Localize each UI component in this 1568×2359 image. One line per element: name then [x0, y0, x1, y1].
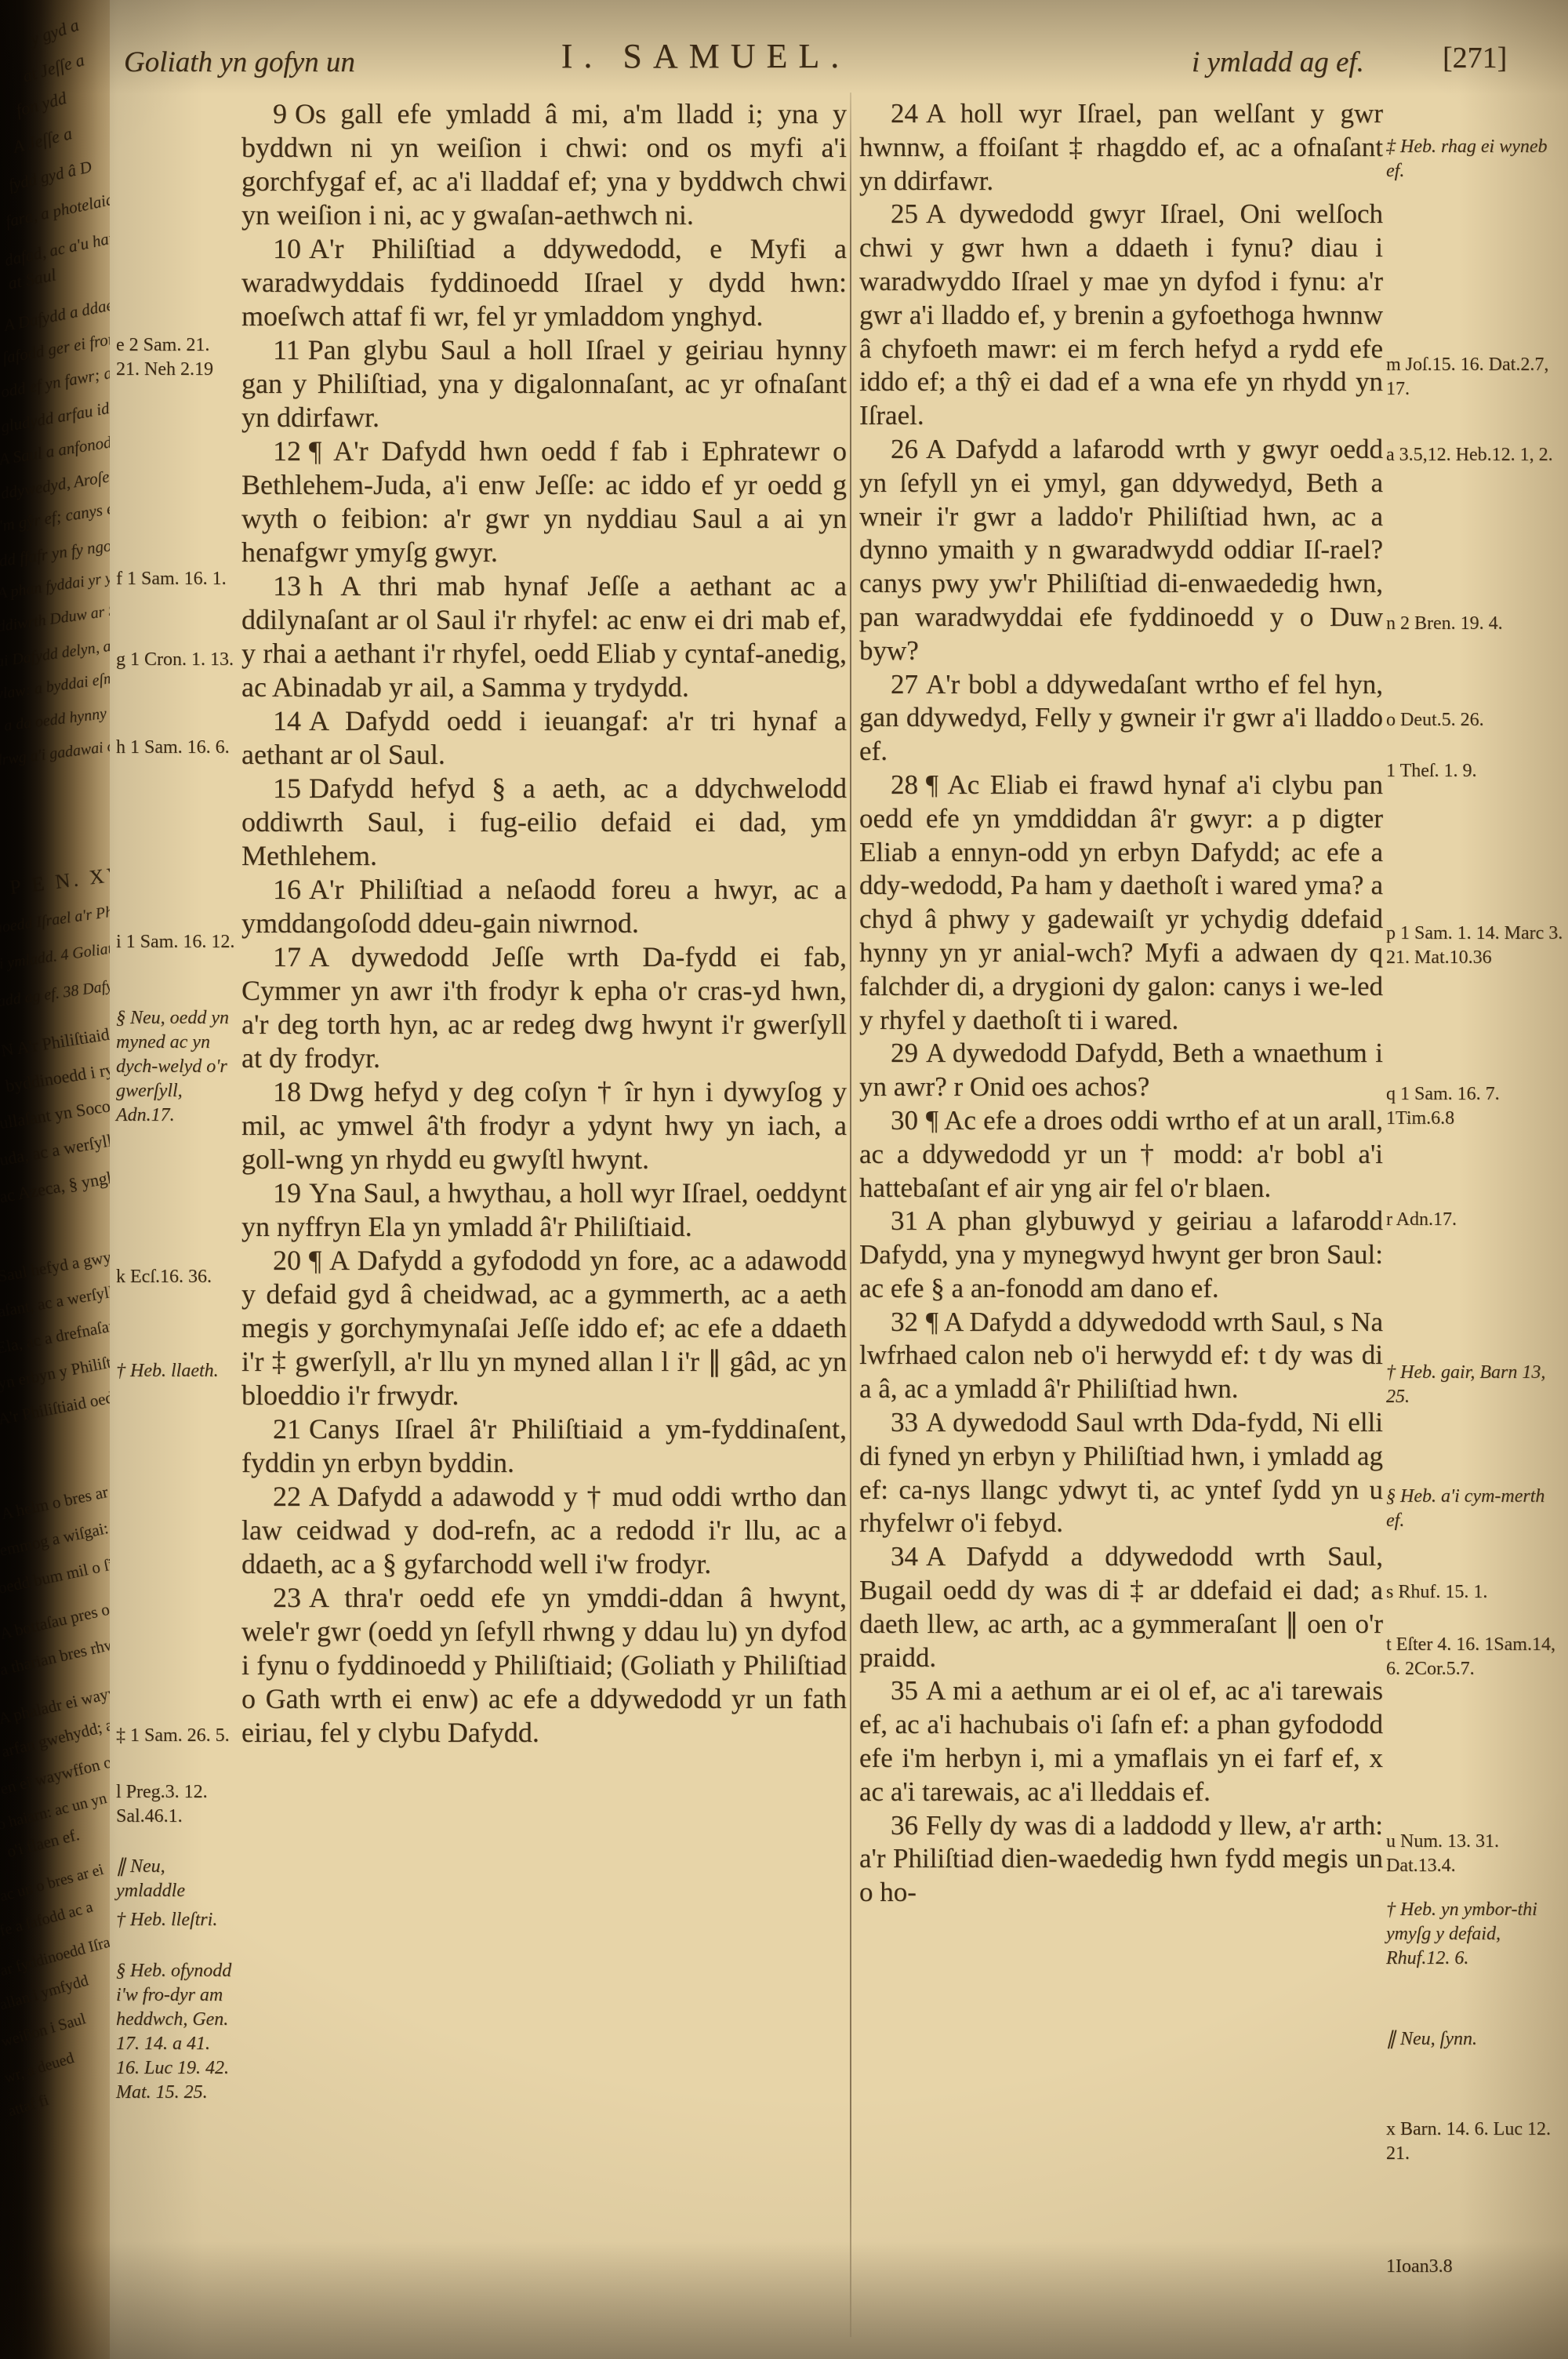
verse-text: A'r bobl a ddywedaſant wrtho ef fel hyn,… [859, 669, 1383, 767]
verse-number: 25 [891, 198, 918, 229]
verse: 26A Dafydd a lafarodd wrth y gwyr oedd y… [859, 433, 1383, 668]
verse-number: 11 [273, 334, 300, 365]
verse-text: ¶ A Dafydd a gyfododd yn fore, ac a adaw… [241, 1245, 847, 1411]
verse: 9Os gall efe ymladd â mi, a'm lladd i; y… [241, 97, 847, 232]
spine-text-fragment: dd ffafr yn fy ngolwg i. [0, 531, 118, 571]
margin-note: s Rhuf. 15. 1. [1386, 1580, 1563, 1605]
verse: 24A holl wyr Iſrael, pan welſant y gwr h… [859, 97, 1383, 198]
spine-text-fragment: y gyd a [28, 15, 82, 49]
verse-text: A dywedodd gwyr Iſrael, Oni welſoch chwi… [859, 198, 1383, 431]
verse: 13h A thri mab hynaf Jeſſe a aethant ac … [241, 569, 847, 704]
book-page-photo: y gyd a at Jeſſe a fon ydd A Jeſſe a fyd… [0, 0, 1568, 2359]
book-title: I. SAMUEL. [486, 36, 925, 76]
margin-note: † Heb. llaeth. [116, 1359, 235, 1383]
spine-text-fragment: ai Dafydd delyn, ac y canai [0, 630, 118, 671]
verse: 21Canys Iſrael â'r Philiſtiaid a ym-fydd… [241, 1412, 847, 1480]
margin-note: § Neu, oedd yn myned ac yn dych-welyd o'… [116, 1006, 235, 1128]
margin-note: † Heb. gair, Barn 13, 25. [1386, 1361, 1563, 1409]
spine-text-fragment: fydd gyd â D [7, 157, 94, 195]
margin-note: † Heb. yn ymbor-thi ymyſg y defaid, Rhuf… [1386, 1898, 1563, 1971]
verse-text: ¶ A Dafydd a ddywedodd wrth Saul, s Na l… [859, 1307, 1383, 1405]
verse-number: 22 [273, 1481, 301, 1512]
verse-text: Os gall efe ymladd â mi, a'm lladd i; yn… [241, 98, 847, 231]
verse-text: A holl wyr Iſrael, pan welſant y gwr hwn… [859, 98, 1383, 196]
margin-note: i 1 Sam. 16. 12. [116, 930, 235, 954]
margin-note: n 2 Bren. 19. 4. [1386, 612, 1563, 636]
verse: 12¶ A'r Dafydd hwn oedd f fab i Ephratew… [241, 434, 847, 569]
spine-text-fragment: Saul hefyd a gwyr Iſrael [0, 1240, 118, 1287]
verse-number: 17 [273, 941, 301, 972]
spine-text-fragment: fara, a photelaid [4, 190, 116, 232]
margin-note: § Heb. ofynodd i'w fro-dyr am heddwch, G… [116, 1959, 235, 2105]
verse-text: A'r Philiſtiad a ddywedodd, e Myfi a war… [241, 233, 847, 332]
page-number: [271] [1443, 41, 1507, 75]
column-divider-rule [850, 93, 851, 2337]
verse: 29A dywedodd Dafydd, Beth a wnaethum i y… [859, 1037, 1383, 1104]
verse-number: 18 [273, 1076, 301, 1107]
verse-text: Dwg hefyd y deg coſyn † îr hyn i dywyſog… [241, 1076, 847, 1175]
verse-text: Felly dy was di a laddodd y llew, a'r ar… [859, 1810, 1383, 1908]
margin-note: ∥ Neu, ſynn. [1386, 2027, 1563, 2052]
verse-number: 34 [891, 1541, 918, 1572]
verse-number: 26 [891, 434, 918, 464]
verse: 19Yna Saul, a hwythau, a holl wyr Iſrael… [241, 1176, 847, 1244]
verse-number: 20 [273, 1245, 301, 1276]
verse: 34A Dafydd a ddywedodd wrth Saul, Bugail… [859, 1540, 1383, 1674]
spine-text-fragment: N A'r Philiſtiaid a gaſglaſant [0, 1011, 118, 1061]
spine-text-fragment: A Saul a anfonodd at [0, 428, 118, 469]
verse-number: 29 [891, 1038, 918, 1068]
spine-text-fragment: ddywedyd, Aroſed Da [0, 462, 118, 503]
spine-text-fragment: at Jeſſe a [20, 49, 87, 86]
margin-note: § Heb. a'i cym-merth ef. [1386, 1485, 1563, 1533]
spine-text-fragment: wr, a deued [2, 2049, 77, 2088]
margin-note: o Deut.5. 26. [1386, 708, 1563, 732]
verse-number: 24 [891, 98, 918, 129]
text-column-left: 9Os gall efe ymladd â mi, a'm lladd i; y… [241, 97, 847, 1750]
verse-text: A thra'r oedd efe yn ymddi-ddan â hwynt,… [241, 1582, 847, 1748]
spine-text-fragment: ac Azeca, § ynghwrr [0, 1162, 118, 1207]
verse-number: 27 [891, 669, 918, 700]
verse-text: A dywedodd Jeſſe wrth Da-fydd ei fab, Cy… [241, 941, 847, 1074]
verse-text: A Dafydd a adawodd y † mud oddi wrtho da… [241, 1481, 847, 1579]
verse-text: A phan glybuwyd y geiriau a lafarodd Daf… [859, 1205, 1383, 1303]
verse-number: 14 [273, 705, 301, 736]
verse: 17A dywedodd Jeſſe wrth Da-fydd ei fab, … [241, 940, 847, 1075]
previous-page-edge: y gyd a at Jeſſe a fon ydd A Jeſſe a fyd… [0, 0, 118, 2359]
verse: 11Pan glybu Saul a holl Iſrael y geiriau… [241, 333, 847, 434]
verse-number: 30 [891, 1105, 918, 1136]
spine-text-fragment: i a da oedd hynny iddo, a'r [0, 698, 118, 736]
verse-number: 32 [891, 1307, 918, 1337]
spine-text-fragment: weiſion i Saul [0, 2010, 88, 2052]
spine-text-fragment: A Dafydd a ddaeth at [2, 289, 118, 336]
verse-number: 19 [273, 1177, 301, 1209]
margin-note: 1Ioan3.8 [1386, 2255, 1563, 2279]
verse-number: 10 [273, 233, 301, 264]
verse: 22A Dafydd a adawodd y † mud oddi wrtho … [241, 1480, 847, 1581]
margin-note: a 3.5,12. Heb.12. 1, 2. [1386, 443, 1563, 467]
verse-number: 13 [273, 570, 301, 602]
verse: 23A thra'r oedd efe yn ymddi-ddan â hwyn… [241, 1581, 847, 1750]
spine-text-fragment: A helm o bres ar ei [0, 1479, 118, 1525]
verse-number: 33 [891, 1407, 918, 1438]
verse-text: A Dafydd oedd i ieuangaf: a'r tri hynaf … [241, 705, 847, 770]
verse-text: h A thri mab hynaf Jeſſe a aethant ac a … [241, 570, 847, 703]
spine-text-fragment: ylaw: a byddai eſmwythâd [0, 663, 118, 703]
margin-note: f 1 Sam. 16. 1. [116, 567, 235, 591]
verse-text: ¶ Ac Eliab ei frawd hynaf a'i clybu pan … [859, 769, 1383, 1035]
running-head-left: Goliath yn gofyn un [124, 45, 355, 79]
verse-number: 12 [273, 435, 301, 467]
spine-text-fragment: 'm gŷr ef; canys efe [0, 496, 118, 536]
verse-number: 9 [273, 98, 287, 129]
verse-text: Dafydd hefyd § a aeth, ac a ddychwelodd … [241, 772, 847, 871]
margin-note: † Heb. lleſtri. [116, 1908, 235, 1932]
text-column-right: 24A holl wyr Iſrael, pan welſant y gwr h… [859, 97, 1383, 1910]
verse: 16A'r Philiſtiad a neſaodd foreu a hwyr,… [241, 873, 847, 940]
verse: 36Felly dy was di a laddodd y llew, a'r … [859, 1809, 1383, 1910]
verse-text: A'r Philiſtiad a neſaodd foreu a hwyr, a… [241, 874, 847, 939]
verse: 30¶ Ac efe a droes oddi wrtho ef at un a… [859, 1104, 1383, 1205]
margin-note: 1 Theſ. 1. 9. [1386, 759, 1563, 783]
verse-text: ¶ Ac efe a droes oddi wrtho ef at un ara… [859, 1105, 1383, 1203]
spine-text-fragment: fe a ſafodd ac a [0, 1899, 95, 1941]
margin-note: k Ecſ.16. 36. [116, 1265, 235, 1289]
spine-text-fragment: uoedd Iſrael a'r Philiſtiaid [0, 896, 118, 937]
verse-text: A Dafydd a lafarodd wrth y gwyr oedd yn … [859, 434, 1383, 666]
verse-number: 35 [891, 1675, 918, 1706]
margin-note: p 1 Sam. 1. 14. Marc 3. 21. Mat.10.36 [1386, 921, 1563, 970]
verse: 31A phan glybuwyd y geiriau a lafarodd D… [859, 1205, 1383, 1305]
verse-number: 28 [891, 769, 918, 800]
spine-text-fragment: o'i flaen ef. [5, 1825, 81, 1862]
margin-note: h 1 Sam. 16. 6. [116, 736, 235, 760]
verse: 27A'r bobl a ddywedaſant wrtho ef fel hy… [859, 668, 1383, 769]
margin-note: g 1 Cron. 1. 13. [116, 648, 235, 672]
spine-text-fragment: ddiwrth Dduw ar Saul [0, 599, 118, 637]
verse-text: A mi a aethum ar ei ol ef, ac a'i tarewa… [859, 1675, 1383, 1806]
spine-text-fragment: ar fyddinoedd Iſrael [0, 1931, 118, 1980]
verse-number: 23 [273, 1582, 301, 1613]
spine-text-fragment: A Jeſſe a [11, 123, 74, 158]
verse: 10A'r Philiſtiad a ddywedodd, e Myfi a w… [241, 232, 847, 333]
spine-text-fragment: fon ydd [14, 88, 69, 121]
margin-note: r Adn.17. [1386, 1208, 1563, 1232]
spine-text-fragment: attaf fi [6, 2092, 51, 2121]
margin-note: m Joſ.15. 16. Dat.2.7, 17. [1386, 353, 1563, 402]
margin-note: ‡ Heb. rhag ei wyneb ef. [1386, 135, 1563, 184]
verse-text: ¶ A'r Dafydd hwn oedd f fab i Ephratewr … [241, 435, 847, 568]
margin-note: t Eſter 4. 16. 1Sam.14, 6. 2Cor.5.7. [1386, 1633, 1563, 1681]
verse-text: Pan glybu Saul a holl Iſrael y geiriau h… [241, 334, 847, 433]
verse: 33A dywedodd Saul wrth Dda-fydd, Ni elli… [859, 1406, 1383, 1540]
verse: 18Dwg hefyd y deg coſyn † îr hyn i dywyſ… [241, 1075, 847, 1176]
verse-text: Yna Saul, a hwythau, a holl wyr Iſrael, … [241, 1177, 847, 1242]
margin-note: ∥ Neu, ymladdle [116, 1855, 235, 1903]
verse: 28¶ Ac Eliab ei frawd hynaf a'i clybu pa… [859, 769, 1383, 1037]
verse-number: 21 [273, 1413, 301, 1445]
verse-number: 15 [273, 772, 301, 804]
margin-note: e 2 Sam. 21. 21. Neh 2.19 [116, 333, 235, 382]
margin-note: ‡ 1 Sam. 26. 5. [116, 1724, 235, 1748]
margin-note: l Preg.3. 12. Sal.46.1. [116, 1780, 235, 1829]
verse-text: A dywedodd Saul wrth Dda-fydd, Ni elli d… [859, 1407, 1383, 1538]
spine-text-fragment: add ag ef. 38 Dafydd yn [0, 972, 118, 1012]
verse-text: A Dafydd a ddywedodd wrth Saul, Bugail o… [859, 1541, 1383, 1672]
verse-text: Canys Iſrael â'r Philiſtiaid a ym-fyddin… [241, 1413, 847, 1478]
spine-text-fragment: i ymladd. 4 Goliath yn [0, 936, 118, 974]
verse-number: 16 [273, 874, 301, 905]
verse-number: 31 [891, 1205, 918, 1236]
spine-text-fragment: emmog a wiſgai: a'i [0, 1514, 118, 1561]
verse: 14A Dafydd oedd i ieuangaf: a'r tri hyna… [241, 704, 847, 772]
verse: 15Dafydd hefyd § a aeth, ac a ddychwelod… [241, 772, 847, 873]
verse: 35A mi a aethum ar ei ol ef, ac a'i tare… [859, 1674, 1383, 1808]
spine-text-fragment: uda, ac a werſyllaſant [0, 1125, 118, 1170]
spine-text-fragment: Ela, ac a drefnaſant y [0, 1312, 118, 1358]
spine-text-fragment: P E N. XVII. [9, 859, 118, 900]
spine-text-fragment: A phan fyddai yr yſpryd [0, 565, 118, 603]
margin-note: u Num. 13. 31. Dat.13.4. [1386, 1830, 1563, 1878]
running-head-right: i ymladd ag ef. [1192, 45, 1364, 79]
verse: 20¶ A Dafydd a gyfododd yn fore, ac a ad… [241, 1244, 847, 1412]
margin-note: q 1 Sam. 16. 7. 1Tim.6.8 [1386, 1082, 1563, 1131]
page: Goliath yn gofyn un I. SAMUEL. i ymladd … [110, 0, 1568, 2359]
verse: 32¶ A Dafydd a ddywedodd wrth Saul, s Na… [859, 1306, 1383, 1406]
verse-text: A dywedodd Dafydd, Beth a wnaethum i yn … [859, 1038, 1383, 1102]
spine-text-fragment: allan i ymfydd [0, 1972, 91, 2014]
verse: 25A dywedodd gwyr Iſrael, Oni welſoch ch… [859, 198, 1383, 433]
margin-note: x Barn. 14. 6. Luc 12. 21. [1386, 2117, 1563, 2166]
spine-text-fragment: drwg a'i gadawai oddiwrth [0, 732, 118, 770]
verse-number: 36 [891, 1810, 918, 1841]
